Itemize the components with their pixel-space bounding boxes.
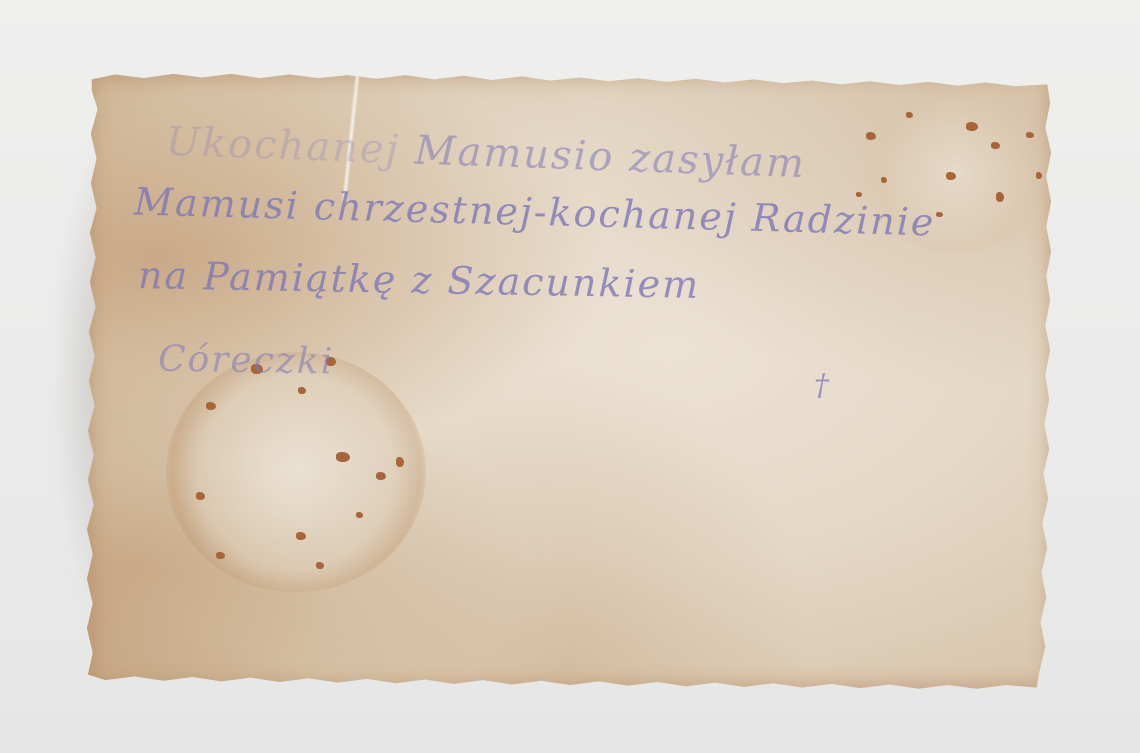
- inscription-line-1: Ukochanej Mamusio zasyłam: [165, 119, 806, 187]
- inscription-text: Mamusio zasyłam: [414, 128, 807, 188]
- faded-word: Ukochanej: [165, 119, 400, 173]
- inscription-line-2: Mamusi chrzestnej-kochanej Radzinie: [134, 180, 936, 245]
- handwritten-inscription: Ukochanej Mamusio zasyłam Mamusi chrzest…: [86, 72, 1054, 690]
- photo-back-card: Ukochanej Mamusio zasyłam Mamusi chrzest…: [86, 72, 1054, 690]
- cross-mark: †: [814, 368, 829, 403]
- inscription-line-4: Córeczki: [158, 338, 335, 382]
- inscription-line-3: na Pamiątkę z Szacunkiem: [138, 253, 701, 307]
